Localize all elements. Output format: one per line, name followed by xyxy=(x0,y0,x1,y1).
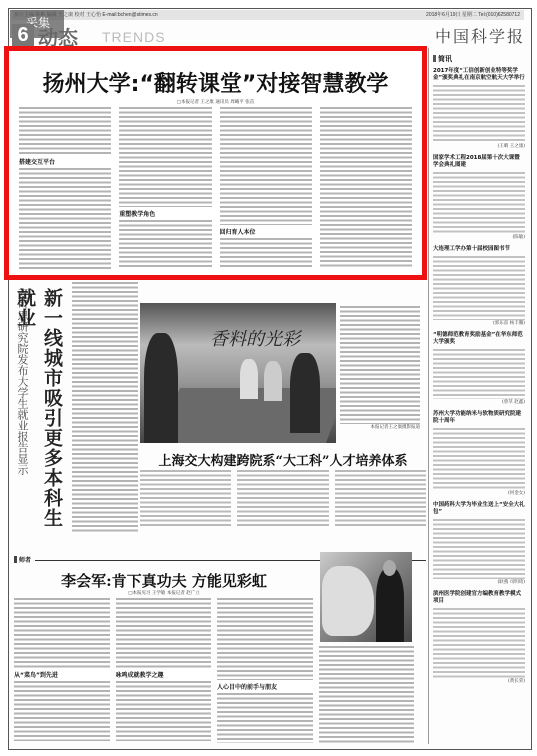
article-column xyxy=(237,470,328,526)
brief-title: 滨州医学院创建官方编教育教学模式项目 xyxy=(433,591,525,605)
section-number: 6 xyxy=(12,24,34,46)
article-column xyxy=(140,470,231,526)
brief-author: (王晴 王之康) xyxy=(433,143,525,149)
brief-item[interactable]: 大连理工学办第十届校园图书节 (郭东雷 杨丰馨) xyxy=(433,246,525,326)
text-block xyxy=(119,107,211,207)
brief-author: (曾萃 赵鑫) xyxy=(433,399,525,405)
engineering-article-title[interactable]: 上海交大构建跨院系“大工科”人才培养体系 xyxy=(140,450,426,469)
brief-item[interactable]: 滨州医学院创建官方编教育教学模式项目 (黄长荣) xyxy=(433,591,525,684)
brief-item[interactable]: 2017年度“工信创新创业特等奖学金”颁奖典礼在南京航空航天大学举行 (王晴 王… xyxy=(433,68,525,149)
lead-article-title: 扬州大学:“翻转课堂”对接智慧教学 xyxy=(9,67,422,98)
text-block xyxy=(237,470,328,526)
brief-author: (何金女) xyxy=(433,490,525,496)
text-block xyxy=(116,681,212,741)
brief-body xyxy=(433,349,525,399)
caption-credit: 本报记者王之康摄影报道 xyxy=(340,424,420,430)
portrait-photo xyxy=(320,552,412,642)
brief-author: (陈敏) xyxy=(433,234,525,240)
text-block xyxy=(14,681,110,741)
subhead: 重塑教学角色 xyxy=(119,207,211,220)
brief-body xyxy=(433,519,525,579)
brief-title: 大连理工学办第十届校园图书节 xyxy=(433,246,525,253)
subhead: 搭建交互平台 xyxy=(19,155,111,168)
employment-report-article[interactable]: 麦可思研究院发布大学生就业报告显示 新一线城市吸引更多本科生就业 xyxy=(14,282,70,542)
brief-title: 2017年度“工信创新创业特等奖学金”颁奖典礼在南京航空航天大学举行 xyxy=(433,68,525,82)
feature-article-title[interactable]: 李会军:肯下真功夫 方能见彩虹 xyxy=(14,570,314,591)
news-briefs-sidebar: 简讯 2017年度“工信创新创业特等奖学金”颁奖典礼在南京航空航天大学举行 (王… xyxy=(428,48,529,744)
feature-kicker: 师者 xyxy=(14,555,35,564)
text-block xyxy=(19,168,111,269)
subhead: 从“菜鸟”到先进 xyxy=(14,668,110,681)
text-block xyxy=(220,238,312,269)
brief-author: (郭东雷 杨丰馨) xyxy=(433,320,525,326)
brief-body xyxy=(433,172,525,234)
article-column: 搭建交互平台 xyxy=(19,107,111,269)
text-block xyxy=(119,220,211,269)
photo-person xyxy=(376,568,404,642)
lead-article-body: 搭建交互平台 重塑教学角色 回归育人本位 xyxy=(19,107,412,269)
subhead: 回归育人本位 xyxy=(220,225,312,238)
text-block xyxy=(19,107,111,155)
feature-article-byline: □本报见习 王学敏 本报记者 赵广立 xyxy=(14,590,314,596)
page-info-bar: 执行主编 陈彬 编辑 王之康 校对 王心怡 E-mail:bchen@stime… xyxy=(12,10,524,20)
employment-report-body xyxy=(72,282,138,532)
text-block xyxy=(140,470,231,526)
lead-article-highlight[interactable]: 扬州大学:“翻转课堂”对接智慧教学 □本报记者 王之康 通讯员 周曦平 张茁 搭… xyxy=(4,46,427,280)
text-block xyxy=(217,693,313,743)
photo-person xyxy=(240,359,258,399)
photo-banner-text: 香料的光彩 xyxy=(210,325,300,351)
article-column: 人心目中的前手与朋友 xyxy=(217,598,313,743)
brief-item[interactable]: 国家学术工程2018届第十次大课暨学会典礼图建 (陈敏) xyxy=(433,155,525,240)
photo-caption: 本报记者王之康摄影报道 xyxy=(340,306,420,436)
brief-body xyxy=(433,256,525,320)
brief-author: (黄长荣) xyxy=(433,678,525,684)
article-column: 咏鸣成就教学之趣 xyxy=(116,598,212,743)
text-block xyxy=(14,598,110,668)
caption-text xyxy=(340,306,420,424)
event-photo: 香料的光彩 xyxy=(140,303,336,443)
brief-item[interactable]: 苏州大学功能纳米与软物质研究院建院十周年 (何金女) xyxy=(433,411,525,496)
article-column xyxy=(335,470,426,526)
article-column: 回归育人本位 xyxy=(220,107,312,269)
photo-person xyxy=(290,353,320,433)
brief-title: 中国药科大学为毕业生送上“安全大礼包” xyxy=(433,502,525,516)
briefs-header: 简讯 xyxy=(433,54,529,64)
date-and-phone: 2018年6月19日 星期二 Tel:(010)62580712 xyxy=(426,10,520,20)
subhead: 咏鸣成就教学之趣 xyxy=(116,668,212,681)
text-block xyxy=(217,598,313,680)
brief-title: 苏州大学功能纳米与软物质研究院建院十周年 xyxy=(433,411,525,425)
photo-person xyxy=(264,361,282,401)
engineering-article-body xyxy=(140,470,426,526)
section-title-english: TRENDS xyxy=(102,29,166,45)
photo-face xyxy=(383,560,396,576)
article-column: 从“菜鸟”到先进 xyxy=(14,598,110,743)
brief-title: “明德师范教育奖励基金”在华东师范大学颁奖 xyxy=(433,332,525,346)
text-block xyxy=(220,107,312,225)
photo-rock xyxy=(322,566,374,636)
article-column: 重塑教学角色 xyxy=(119,107,211,269)
lead-article-byline: □本报记者 王之康 通讯员 周曦平 张茁 xyxy=(9,99,422,105)
brief-item[interactable]: 中国药科大学为毕业生送上“安全大礼包” (耿燕 司明琦) xyxy=(433,502,525,585)
brief-body xyxy=(433,85,525,143)
newspaper-masthead: 中国科学报 xyxy=(435,24,525,47)
text-block xyxy=(320,107,412,269)
text-block xyxy=(116,598,212,668)
article-title: 新一线城市吸引更多本科生就业 xyxy=(12,288,66,542)
brief-title: 国家学术工程2018届第十次大课暨学会典礼图建 xyxy=(433,155,525,169)
brief-item[interactable]: “明德师范教育奖励基金”在华东师范大学颁奖 (曾萃 赵鑫) xyxy=(433,332,525,405)
text-block xyxy=(72,282,138,532)
photo-person xyxy=(144,333,178,443)
brief-body xyxy=(433,608,525,678)
text-block xyxy=(319,646,415,743)
subhead: 人心目中的前手与朋友 xyxy=(217,680,313,693)
brief-body xyxy=(433,428,525,490)
article-column xyxy=(320,107,412,269)
brief-author: (耿燕 司明琦) xyxy=(433,579,525,585)
text-block xyxy=(335,470,426,526)
